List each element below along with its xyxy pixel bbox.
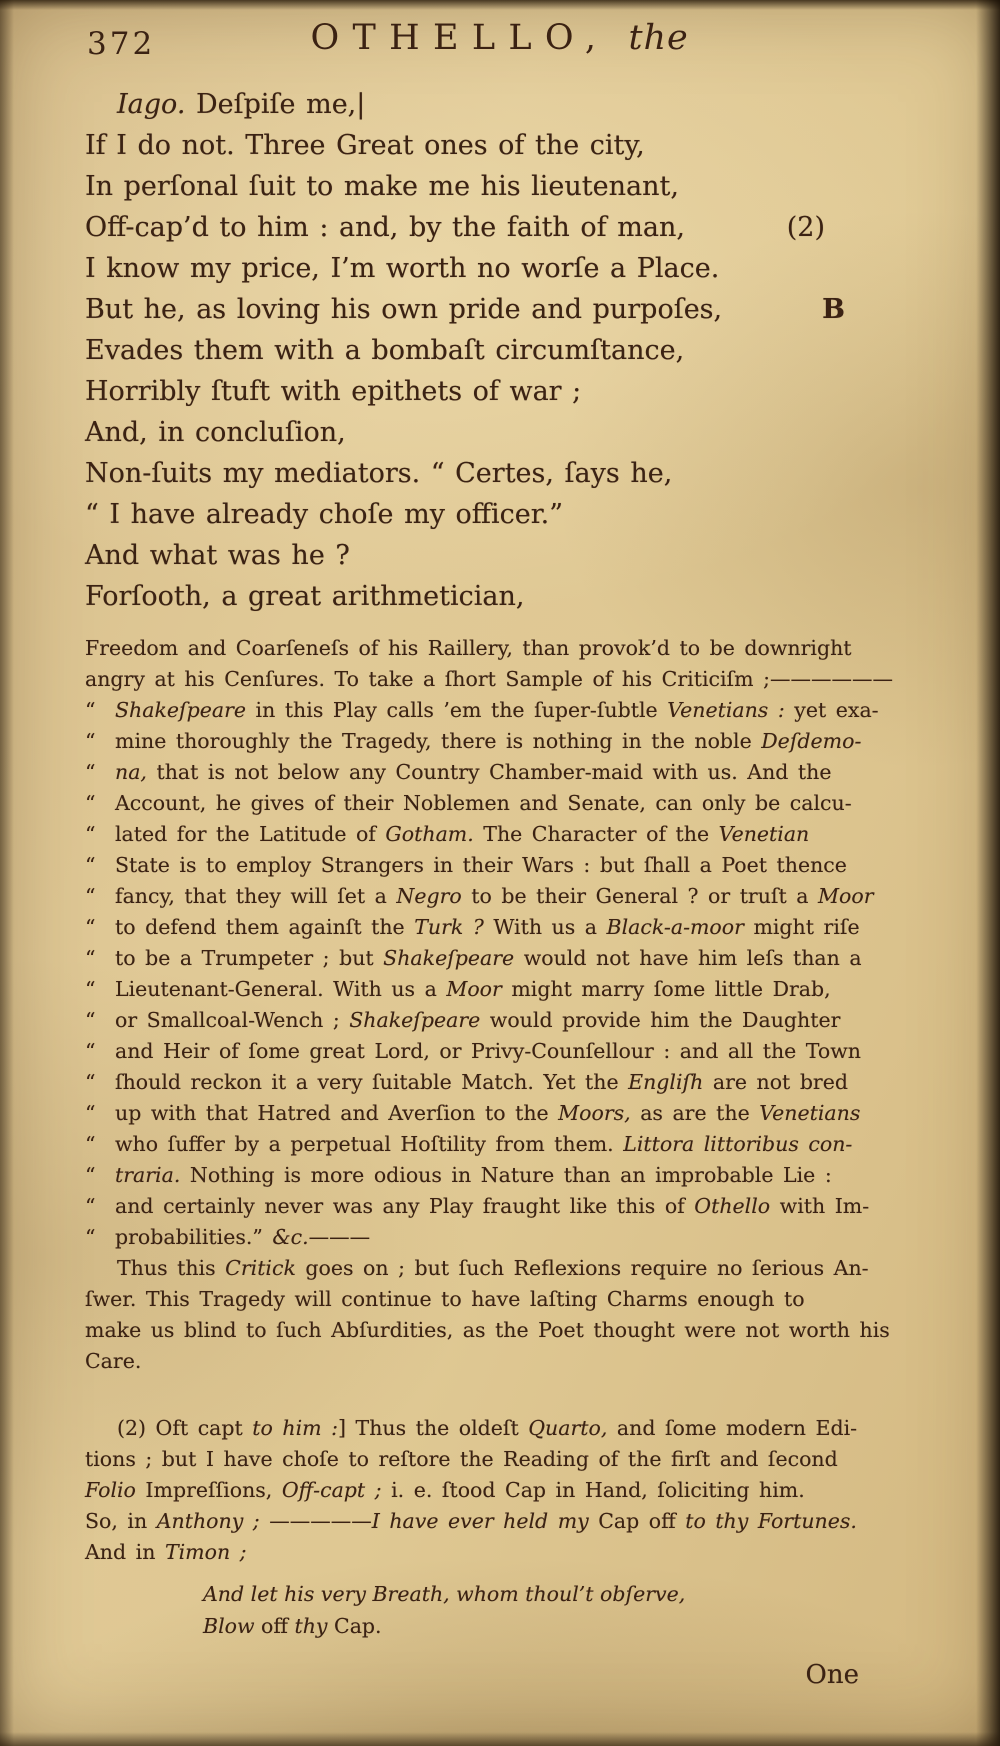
text-line: “fancy, that they will ſet a Negro to be… <box>85 881 937 912</box>
text-line: “State is to employ Strangers in their W… <box>85 850 937 881</box>
text-segment: with Im- <box>770 1194 869 1218</box>
text-segment: And what was he ? <box>85 540 350 571</box>
text-line: I know my price, I’m worth no worſe a Pl… <box>85 248 937 289</box>
signature-mark: B <box>822 289 845 330</box>
quote-mark: “ <box>85 695 115 726</box>
quote-mark: “ <box>85 881 115 912</box>
page-edge-right <box>976 0 1000 1746</box>
text-segment: and Heir of ſome great Lord, or Privy-Co… <box>115 1039 861 1063</box>
text-line: In perſonal ſuit to make me his lieutena… <box>85 166 937 207</box>
text-line: “lated for the Latitude of Gotham. The C… <box>85 819 937 850</box>
text-line: Blow off thy Cap. <box>203 1610 937 1642</box>
text-line: (2) Oft capt to him :] Thus the oldeſt Q… <box>85 1413 937 1444</box>
text-segment: Lieutenant-General. With us a <box>115 977 446 1001</box>
text-segment: Impreſſions, <box>136 1478 282 1502</box>
page-content: 372 OTHELLO, the Iago. Deſpiſe me,|If I … <box>85 16 937 1690</box>
text-segment: probabilities.” <box>115 1225 272 1249</box>
text-segment: Venetian <box>719 822 810 846</box>
text-segment: ——— <box>309 1225 371 1249</box>
text-line: “and Heir of ſome great Lord, or Privy-C… <box>85 1036 937 1067</box>
quote-mark: “ <box>85 1160 115 1191</box>
text-line: “traria. Nothing is more odious in Natur… <box>85 1160 937 1191</box>
text-line: “ſhould reckon it a very ſuitable Match.… <box>85 1067 937 1098</box>
text-line: Iago. Deſpiſe me,| <box>85 84 937 125</box>
text-line: Freedom and Coarſeneſs of his Raillery, … <box>85 633 937 664</box>
text-segment: Venetians <box>759 1101 860 1125</box>
text-line: And in Timon ; <box>85 1537 937 1568</box>
text-line: And let his very Breath, whom thoul’t ob… <box>203 1578 937 1610</box>
text-segment: are not bred <box>703 1070 848 1094</box>
text-segment: ————— <box>260 1509 372 1533</box>
text-segment: ] Thus the oldeſt <box>338 1416 528 1440</box>
text-segment: Deſdemo- <box>761 729 861 753</box>
text-line: Horribly ſtuft with epithets of war ; <box>85 371 937 412</box>
page-edge-left <box>0 0 14 1746</box>
text-line: “to defend them againſt the Turk ? With … <box>85 912 937 943</box>
quote-mark: “ <box>85 757 115 788</box>
text-segment: Care. <box>85 1349 141 1373</box>
book-page: 372 OTHELLO, the Iago. Deſpiſe me,|If I … <box>0 0 1000 1746</box>
text-segment: Negro <box>396 884 461 908</box>
page-edge-top <box>0 0 1000 10</box>
text-line: Folio Impreſſions, Off-capt ; i. e. ſtoo… <box>85 1475 937 1506</box>
text-line: Care. <box>85 1346 937 1377</box>
running-header: 372 OTHELLO, the <box>85 16 937 78</box>
text-segment: thy <box>294 1614 327 1638</box>
text-segment: Timon ; <box>165 1540 247 1564</box>
text-line: “up with that Hatred and Averſion to the… <box>85 1098 937 1129</box>
text-line: “and certainly never was any Play fraugh… <box>85 1191 937 1222</box>
text-segment: off <box>255 1614 295 1638</box>
text-segment: in this Play calls ’em the ſuper-ſubtle <box>246 698 667 722</box>
text-segment: might riſe <box>744 915 860 939</box>
text-segment: to be a Trumpeter ; but <box>115 946 383 970</box>
footnote-intro: Freedom and Coarſeneſs of his Raillery, … <box>85 633 937 695</box>
page-edge-bottom <box>0 1732 1000 1746</box>
text-segment: and certainly never was any Play fraught… <box>115 1194 694 1218</box>
footnote-quote: “Shakeſpeare in this Play calls ’em the … <box>85 695 937 1253</box>
catchword: One <box>806 1660 859 1690</box>
text-segment: Thus this <box>117 1256 225 1280</box>
quote-mark: “ <box>85 1005 115 1036</box>
text-segment: And, in concluſion, <box>85 417 346 448</box>
text-segment: lated for the Latitude of <box>115 822 385 846</box>
text-segment: (2) Oft capt <box>117 1416 252 1440</box>
text-segment: Critick <box>225 1256 296 1280</box>
text-line: “or Smallcoal-Wench ; Shakeſpeare would … <box>85 1005 937 1036</box>
text-segment: angry at his Cenſures. To take a ſhort S… <box>85 667 770 691</box>
page-title: OTHELLO, the <box>311 18 689 58</box>
text-segment: Freedom and Coarſeneſs of his Raillery, … <box>85 636 852 660</box>
text-segment: Shakeſpeare <box>349 1008 480 1032</box>
text-line: But he, as loving his own pride and purp… <box>85 289 937 330</box>
text-line: “mine thoroughly the Tragedy, there is n… <box>85 726 937 757</box>
text-segment: I know my price, I’m worth no worſe a Pl… <box>85 253 719 284</box>
text-line: So, in Anthony ; —————I have ever held m… <box>85 1506 937 1537</box>
text-segment: The Character of the <box>474 822 719 846</box>
text-segment: Engliſh <box>628 1070 703 1094</box>
text-segment: as are the <box>631 1101 760 1125</box>
text-line: “to be a Trumpeter ; but Shakeſpeare wou… <box>85 943 937 974</box>
text-segment: &c. <box>272 1225 308 1249</box>
text-segment: If I do not. Three Great ones of the cit… <box>85 130 645 161</box>
text-line: “Account, he gives of their Noblemen and… <box>85 788 937 819</box>
text-segment: mine thoroughly the Tragedy, there is no… <box>115 729 761 753</box>
text-segment: Deſpiſe me,| <box>185 89 365 120</box>
text-segment: I have ever held my <box>372 1509 589 1533</box>
text-segment: In perſonal ſuit to make me his lieutena… <box>85 171 679 202</box>
footnote-commentary: Freedom and Coarſeneſs of his Raillery, … <box>85 633 937 1377</box>
text-segment: Evades them with a bombaſt circumſtance, <box>85 335 684 366</box>
text-segment: to him : <box>252 1416 338 1440</box>
text-line: And, in concluſion, <box>85 412 937 453</box>
text-segment: that is not below any Country Chamber-ma… <box>147 760 832 784</box>
quote-mark: “ <box>85 974 115 1005</box>
text-segment: Nothing is more odious in Nature than an… <box>180 1163 831 1187</box>
footnote-close: Thus this Critick goes on ; but ſuch Ref… <box>85 1253 937 1377</box>
text-segment: would not have him leſs than a <box>514 946 861 970</box>
text-segment: would provide him the Daughter <box>480 1008 840 1032</box>
quote-mark: “ <box>85 819 115 850</box>
text-segment: Moor <box>818 884 873 908</box>
verse-quote: And let his very Breath, whom thoul’t ob… <box>85 1578 937 1642</box>
text-segment: Turk ? <box>414 915 484 939</box>
text-segment: or Smallcoal-Wench ; <box>115 1008 349 1032</box>
text-segment: and ſome modern Edi- <box>607 1416 857 1440</box>
quote-mark: “ <box>85 1067 115 1098</box>
text-segment: Shakeſpeare <box>383 946 514 970</box>
text-segment: Cap off <box>589 1509 686 1533</box>
text-segment: Moors, <box>558 1101 631 1125</box>
text-segment: Off-cap’d to him : and, by the faith of … <box>85 212 685 243</box>
text-segment: Shakeſpeare <box>115 698 246 722</box>
text-segment: Moor <box>446 977 501 1001</box>
quote-mark: “ <box>85 726 115 757</box>
quote-mark: “ <box>85 1098 115 1129</box>
text-segment: Gotham. <box>385 822 473 846</box>
text-segment: Black-a-moor <box>607 915 744 939</box>
text-segment: ſhould reckon it a very ſuitable Match. … <box>115 1070 628 1094</box>
text-segment: Forſooth, a great arithmetician, <box>85 581 524 612</box>
text-line: If I do not. Three Great ones of the cit… <box>85 125 937 166</box>
text-segment: Littora littoribus con- <box>623 1132 852 1156</box>
text-segment: to be their General ? or truſt a <box>462 884 818 908</box>
quote-mark: “ <box>85 1222 115 1253</box>
text-segment: goes on ; but ſuch Reflexions require no… <box>296 1256 869 1280</box>
text-segment: Iago. <box>117 89 185 120</box>
text-line: Thus this Critick goes on ; but ſuch Ref… <box>85 1253 937 1284</box>
text-segment: State is to employ Strangers in their Wa… <box>115 853 847 877</box>
text-segment: fancy, that they will ſet a <box>115 884 396 908</box>
text-segment: So, in <box>85 1509 157 1533</box>
text-line: Evades them with a bombaſt circumſtance, <box>85 330 937 371</box>
text-line: ſwer. This Tragedy will continue to have… <box>85 1284 937 1315</box>
text-segment: Account, he gives of their Noblemen and … <box>115 791 852 815</box>
text-segment: Cap. <box>328 1614 382 1638</box>
text-line: Forſooth, a great arithmetician, <box>85 576 937 617</box>
text-line: “who ſuffer by a perpetual Hoſtility fro… <box>85 1129 937 1160</box>
catchword-row: One <box>85 1660 937 1690</box>
text-segment: With us a <box>484 915 607 939</box>
text-segment: Horribly ſtuft with epithets of war ; <box>85 376 581 407</box>
text-segment: ſwer. This Tragedy will continue to have… <box>85 1287 805 1311</box>
text-line: “na, that is not below any Country Chamb… <box>85 757 937 788</box>
text-segment: na, <box>115 760 147 784</box>
text-line: “probabilities.” &c.——— <box>85 1222 937 1253</box>
text-segment: traria. <box>115 1163 180 1187</box>
text-segment: Quarto, <box>528 1416 607 1440</box>
text-segment: Non-ſuits my mediators. “ Certes, ſays h… <box>85 458 672 489</box>
quote-mark: “ <box>85 1191 115 1222</box>
text-segment: And let his very Breath, whom thoul’t ob… <box>203 1582 685 1606</box>
text-segment: tions ; but I have choſe to reſtore the … <box>85 1447 838 1471</box>
text-line: “Lieutenant-General. With us a Moor migh… <box>85 974 937 1005</box>
text-segment: to thy Fortunes. <box>685 1509 857 1533</box>
text-segment: And in <box>85 1540 165 1564</box>
text-segment: —————— <box>770 667 893 691</box>
text-segment: “ I have already choſe my officer.” <box>85 499 563 530</box>
quote-mark: “ <box>85 850 115 881</box>
text-segment: i. e. ſtood Cap in Hand, ſoliciting him. <box>382 1478 805 1502</box>
text-segment: might marry ſome little Drab, <box>502 977 831 1001</box>
text-line: “ I have already choſe my officer.” <box>85 494 937 535</box>
text-segment: yet exa- <box>785 698 879 722</box>
text-line: Non-ſuits my mediators. “ Certes, ſays h… <box>85 453 937 494</box>
text-line: Off-cap’d to him : and, by the faith of … <box>85 207 937 248</box>
header-title-caps: OTHELLO, <box>311 18 610 58</box>
text-line: angry at his Cenſures. To take a ſhort S… <box>85 664 937 695</box>
play-text: Iago. Deſpiſe me,|If I do not. Three Gre… <box>85 84 937 617</box>
text-segment: Blow <box>203 1614 255 1638</box>
text-segment: Anthony ; <box>157 1509 260 1533</box>
text-segment: Othello <box>694 1194 770 1218</box>
quote-mark: “ <box>85 788 115 819</box>
quote-mark: “ <box>85 1129 115 1160</box>
page-number: 372 <box>87 26 155 62</box>
quote-mark: “ <box>85 943 115 974</box>
text-segment: make us blind to ſuch Abſurdities, as th… <box>85 1318 890 1342</box>
text-line: make us blind to ſuch Abſurdities, as th… <box>85 1315 937 1346</box>
quote-mark: “ <box>85 912 115 943</box>
text-line: tions ; but I have choſe to reſtore the … <box>85 1444 937 1475</box>
quote-mark: “ <box>85 1036 115 1067</box>
text-segment: who ſuffer by a perpetual Hoſtility from… <box>115 1132 623 1156</box>
text-segment: up with that Hatred and Averſion to the <box>115 1101 558 1125</box>
footnote-2: (2) Oft capt to him :] Thus the oldeſt Q… <box>85 1413 937 1568</box>
text-segment: Off-capt ; <box>282 1478 382 1502</box>
text-segment: But he, as loving his own pride and purp… <box>85 294 722 325</box>
text-segment: to defend them againſt the <box>115 915 414 939</box>
header-title-suffix: the <box>628 18 688 58</box>
footnote-ref-2: (2) <box>787 207 825 248</box>
text-segment: Venetians : <box>667 698 785 722</box>
text-line: And what was he ? <box>85 535 937 576</box>
text-segment: Folio <box>85 1478 136 1502</box>
text-line: “Shakeſpeare in this Play calls ’em the … <box>85 695 937 726</box>
